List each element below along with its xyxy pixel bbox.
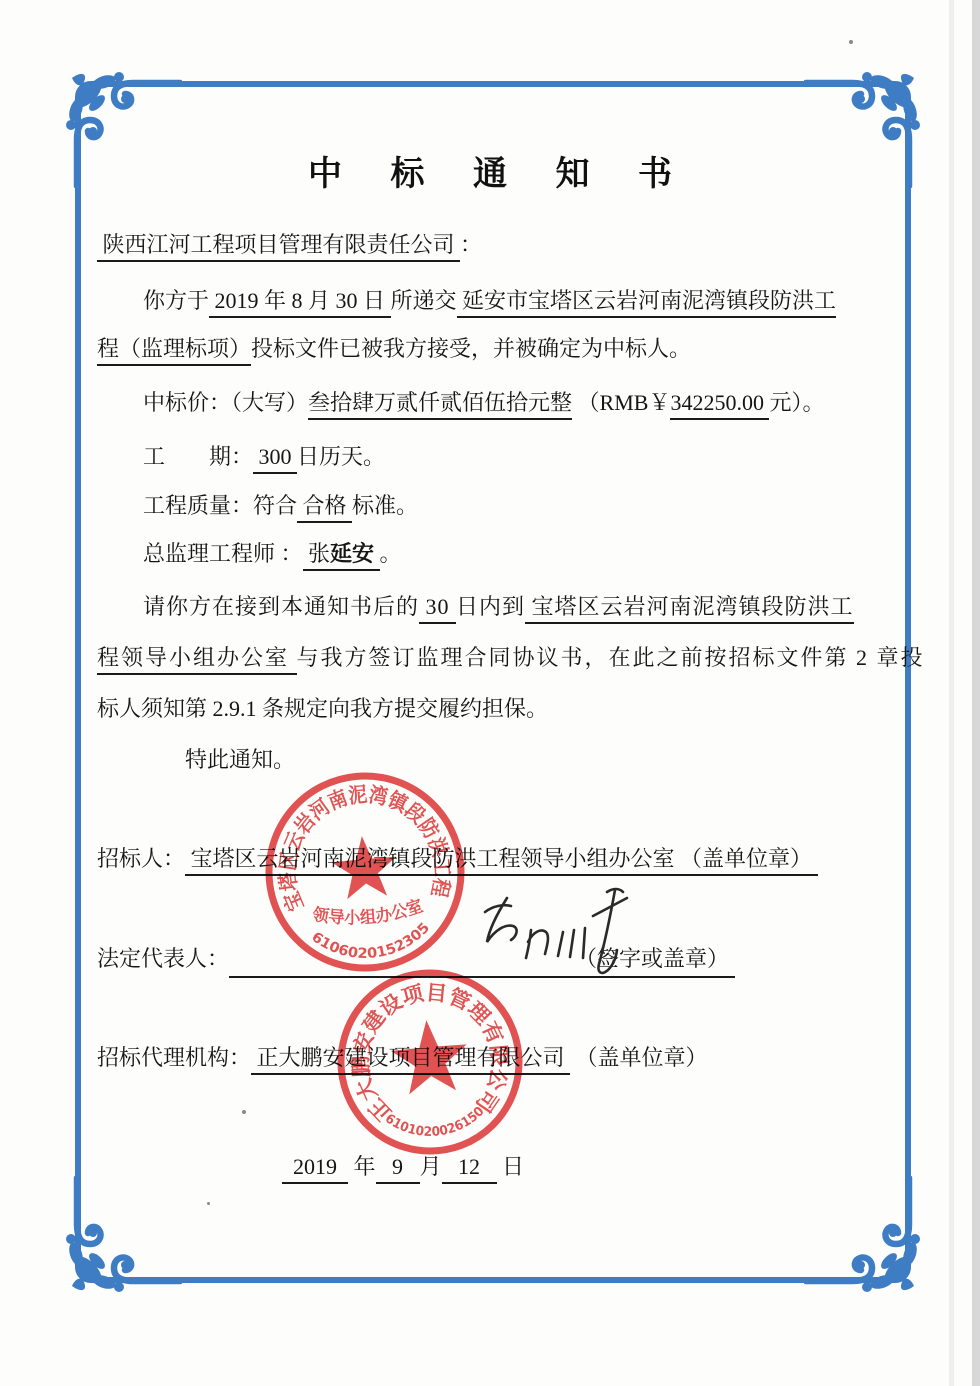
agency-red-seal: 正大鹏安建设项目管理有限公司 6101020026150 xyxy=(327,959,533,1165)
agency-seal-hint: （盖单位章） xyxy=(570,1045,708,1070)
text-segment: （RMB￥ xyxy=(572,390,670,415)
award-price-line: 中标价：（大写）叁拾肆万贰仟贰佰伍拾元整 （RMB￥342250.00 元）。 xyxy=(143,386,824,420)
scan-smudge-artifact xyxy=(949,0,954,1386)
seal-inner-text: 领导小组办公室 xyxy=(308,894,426,933)
engineer-surname: 张 xyxy=(303,541,331,566)
svg-text:领导小组办公室: 领导小组办公室 xyxy=(308,894,426,933)
scanned-award-notice-document: 中 标 通 知 书 陕西江河工程项目管理有限责任公司 ： 你方于 2019 年 … xyxy=(0,0,980,1386)
seal-star-icon xyxy=(388,1017,470,1096)
submission-line-1: 你方于 2019 年 8 月 30 日 所递交 延安市宝塔区云岩河南泥湾镇段防洪… xyxy=(143,284,836,318)
bid-date-field: 2019 年 8 月 30 日 xyxy=(209,288,391,318)
scan-speck xyxy=(849,40,853,44)
agency-label: 招标代理机构： xyxy=(97,1045,251,1070)
text-segment: 。 xyxy=(380,541,402,566)
corner-ornament-bottom-right xyxy=(804,1176,924,1296)
text-segment: 元）。 xyxy=(769,390,824,415)
text-segment: 投标文件已被我方接受，并被确定为中标人。 xyxy=(251,336,691,361)
notice-line-1: 请你方在接到本通知书后的 30 日内到 宝塔区云岩河南泥湾镇段防洪工 xyxy=(143,590,854,624)
duration-value-field: 300 xyxy=(253,444,297,474)
engineer-name-field: 张延安 xyxy=(303,541,380,571)
text-segment: 标准。 xyxy=(352,493,418,518)
days-field: 30 xyxy=(419,594,456,624)
tenderer-red-seal: 宝塔区云岩河南泥湾镇段防洪工程 领导小组办公室 6106020152305 xyxy=(246,753,484,991)
notice-line-2: 程领导小组办公室 与我方签订监理合同协议书，在此之前按招标文件第 2 章投 xyxy=(97,641,925,675)
engineer-label: 总监理工程师 ： xyxy=(143,541,303,566)
date-day-field: 12 xyxy=(442,1154,497,1184)
legal-rep-label: 法定代表人： xyxy=(97,946,229,971)
scan-speck xyxy=(242,1110,246,1114)
text-segment: 所递交 xyxy=(391,288,457,313)
quality-label: 工程质量：符合 xyxy=(143,493,297,518)
duration-label: 工 期： xyxy=(143,444,253,469)
tenderer-label: 招标人： xyxy=(97,846,185,871)
recipient-line: 陕西江河工程项目管理有限责任公司 ： xyxy=(97,228,482,262)
quality-value-field: 合格 xyxy=(297,493,352,523)
text-segment: 日历天。 xyxy=(297,444,385,469)
duration-line: 工 期： 300 日历天。 xyxy=(143,440,385,474)
chief-engineer-line: 总监理工程师 ： 张延安 。 xyxy=(143,537,402,571)
text-segment: 与我方签订监理合同协议书，在此之前按招标文件第 2 章投 xyxy=(297,645,925,670)
price-label: 中标价：（大写） xyxy=(143,390,308,415)
text-segment: 日内到 xyxy=(456,594,525,619)
date-year-field: 2019 xyxy=(282,1154,348,1184)
office-name-field-part1: 宝塔区云岩河南泥湾镇段防洪工 xyxy=(525,594,854,624)
page-title: 中 标 通 知 书 xyxy=(0,146,980,195)
recipient-company: 陕西江河工程项目管理有限责任公司 xyxy=(97,232,460,262)
price-in-words-field: 叁拾肆万贰仟贰佰伍拾元整 xyxy=(308,390,572,420)
price-number-field: 342250.00 xyxy=(670,390,769,420)
office-name-field-part2: 程领导小组办公室 xyxy=(97,645,297,675)
scan-speck xyxy=(207,1202,210,1205)
submission-line-2: 程（监理标项）投标文件已被我方接受，并被确定为中标人。 xyxy=(97,332,691,366)
scan-edge-artifact xyxy=(972,0,980,1386)
project-name-field-part1: 延安市宝塔区云岩河南泥湾镇段防洪工 xyxy=(457,288,837,318)
text-segment: 请你方在接到本通知书后的 xyxy=(143,594,419,619)
text-segment: 你方于 xyxy=(143,288,209,313)
text-segment: 日 xyxy=(497,1154,525,1179)
notice-line-3: 标人须知第 2.9.1 条规定向我方提交履约担保。 xyxy=(97,692,548,726)
seal-star-icon xyxy=(330,833,400,900)
recipient-colon: ： xyxy=(460,232,482,257)
corner-ornament-bottom-left xyxy=(62,1176,182,1296)
text-segment: 标人须知第 2.9.1 条规定向我方提交履约担保。 xyxy=(97,696,548,721)
engineer-givenname: 延安 xyxy=(330,541,374,566)
quality-line: 工程质量：符合 合格 标准。 xyxy=(143,489,418,523)
project-name-field-part2: 程（监理标项） xyxy=(97,336,251,366)
